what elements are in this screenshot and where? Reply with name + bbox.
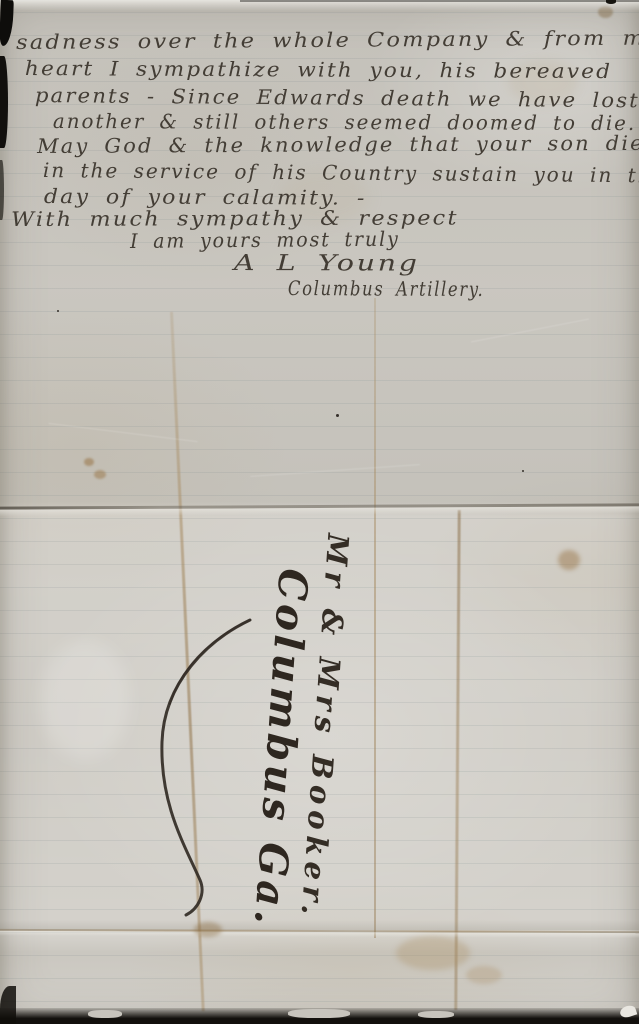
torn-edge-mark — [0, 160, 4, 220]
ink-speck — [336, 414, 339, 417]
letter-line-5: May God & the knowledge that your son di… — [37, 131, 639, 158]
letter-line-2: heart I sympathize with you, his bereave… — [25, 56, 612, 83]
letter-line-1: sadness over the whole Company & from my — [16, 25, 639, 54]
letter-line-9: I am yours most truly — [130, 227, 400, 253]
paper-edge-tab — [88, 1010, 122, 1018]
signature: A L Young — [234, 251, 420, 277]
ink-speck — [522, 470, 524, 472]
paper-edge-notch — [606, 0, 616, 4]
paper-bottom-edge — [0, 1008, 639, 1024]
paper-edge-tab — [418, 1011, 454, 1018]
ink-speck — [57, 310, 59, 312]
torn-edge-mark — [0, 56, 8, 148]
paper-top-edge-line — [240, 0, 639, 2]
letter-scan: sadness over the whole Company & from my… — [0, 0, 639, 1024]
dark-corner-bottom-left — [0, 986, 16, 1024]
paper-edge-tab — [288, 1009, 350, 1018]
signature-unit: Columbus Artillery. — [288, 276, 485, 301]
